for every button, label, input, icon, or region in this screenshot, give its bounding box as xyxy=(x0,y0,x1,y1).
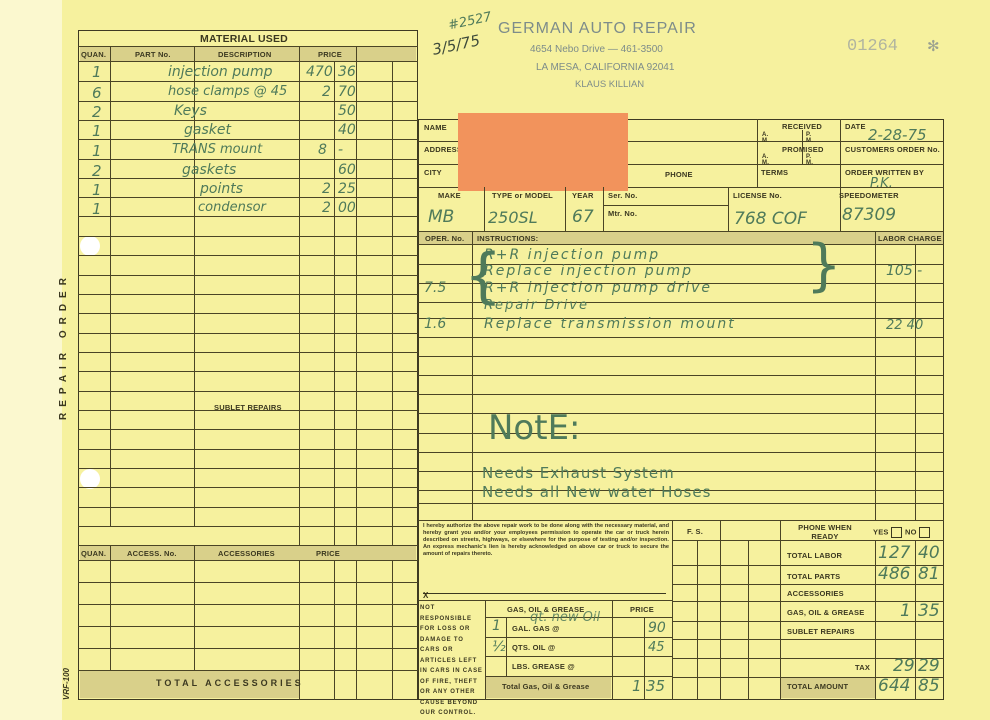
right-brace: } xyxy=(806,238,842,294)
col-description: DESCRIPTION xyxy=(218,50,271,59)
signature-line[interactable]: X xyxy=(423,585,666,594)
material-used-title: MATERIAL USED xyxy=(200,33,288,45)
phone-label: PHONE xyxy=(665,170,693,179)
total-gas-oil-dollars: 1 xyxy=(632,677,642,695)
year-label: YEAR xyxy=(572,191,594,200)
received-am: A. M. xyxy=(762,132,772,144)
total-gas-oil-label: Total Gas, Oil & Grease xyxy=(502,682,589,691)
promised-label: PROMISED xyxy=(782,145,824,154)
model-value: 250SL xyxy=(488,208,538,227)
note-line: Needs all New water Hoses xyxy=(482,483,711,501)
model-label: TYPE or MODEL xyxy=(492,191,553,200)
redacted-customer-info xyxy=(458,113,628,191)
promised-pm: P. M. xyxy=(806,154,816,166)
order-written-value: P.K. xyxy=(870,176,893,191)
acc-col-access-no: ACCESS. No. xyxy=(127,549,177,558)
total-amount-dollars: 644 xyxy=(878,676,910,696)
material-used-table xyxy=(78,30,418,700)
date-value: 2-28-75 xyxy=(868,126,927,144)
gas-oil-price-label: PRICE xyxy=(630,605,654,614)
signature-prefix: X xyxy=(423,591,428,600)
phone-no[interactable]: NO xyxy=(905,527,930,538)
total-amount-label: TOTAL AMOUNT xyxy=(787,682,848,691)
address-label: ADDRESS xyxy=(424,145,462,154)
asterisk-mark: ✻ xyxy=(927,37,940,55)
col-quan: QUAN. xyxy=(81,50,106,59)
total-gas-oil-cents: 35 xyxy=(646,677,665,695)
name-label: NAME xyxy=(424,123,447,132)
note-line: Needs Exhaust System xyxy=(482,464,675,482)
received-label: RECEIVED xyxy=(782,122,822,131)
labor-charge-label: LABOR CHARGE xyxy=(878,234,942,243)
company-name: GERMAN AUTO REPAIR xyxy=(498,20,697,38)
year-value: 67 xyxy=(572,207,594,227)
company-city: LA MESA, CALIFORNIA 92041 xyxy=(536,62,674,73)
form-number: 01264 xyxy=(847,37,898,56)
total-amount-cents: 85 xyxy=(918,676,940,696)
terms-label: TERMS xyxy=(761,168,788,177)
date-label: DATE xyxy=(845,122,866,131)
city-label: CITY xyxy=(424,168,442,177)
oper-no-label: OPER. No. xyxy=(425,234,464,243)
promised-am: A. M. xyxy=(762,154,772,166)
form-code: VRF-100 xyxy=(62,668,71,700)
received-pm: P. M. xyxy=(806,132,816,144)
speedometer-label: SPEEDOMETER xyxy=(839,191,899,200)
acc-col-quan: QUAN. xyxy=(81,549,106,558)
total-accessories-label: TOTAL ACCESSORIES xyxy=(156,678,304,688)
phone-when-ready-label: PHONE WHEN READY xyxy=(795,523,855,541)
note-title: NotE: xyxy=(488,408,581,448)
customers-order-label: CUSTOMERS ORDER No. xyxy=(845,145,940,154)
fs-label: F. S. xyxy=(687,527,703,536)
phone-yes[interactable]: YES xyxy=(873,527,902,538)
paper-margin xyxy=(0,0,62,720)
make-value: MB xyxy=(428,207,454,227)
authorization-text: I hereby authorize the above repair work… xyxy=(423,523,669,558)
speedometer-value: 87309 xyxy=(842,205,896,225)
sublet-repairs-label: SUBLET REPAIRS xyxy=(214,403,282,412)
left-brace: { xyxy=(464,246,502,306)
company-address: 4654 Nebo Drive — 461-3500 xyxy=(530,44,663,55)
mtr-no-label: Mtr. No. xyxy=(608,209,637,218)
acc-col-price: PRICE xyxy=(316,549,340,558)
side-label: REPAIR ORDER xyxy=(58,272,69,420)
yes-checkbox[interactable] xyxy=(891,527,902,538)
col-price: PRICE xyxy=(318,50,342,59)
acc-col-accessories: ACCESSORIES xyxy=(218,549,275,558)
no-checkbox[interactable] xyxy=(919,527,930,538)
company-owner: KLAUS KILLIAN xyxy=(575,79,644,90)
col-part-no: PART No. xyxy=(135,50,171,59)
license-value: 768 COF xyxy=(734,209,807,229)
disclaimer-text: NOT RESPONSIBLE FOR LOSS OR DAMAGE TO CA… xyxy=(420,603,484,719)
make-label: MAKE xyxy=(438,191,461,200)
ser-no-label: Ser. No. xyxy=(608,191,638,200)
license-label: LICENSE No. xyxy=(733,191,782,200)
